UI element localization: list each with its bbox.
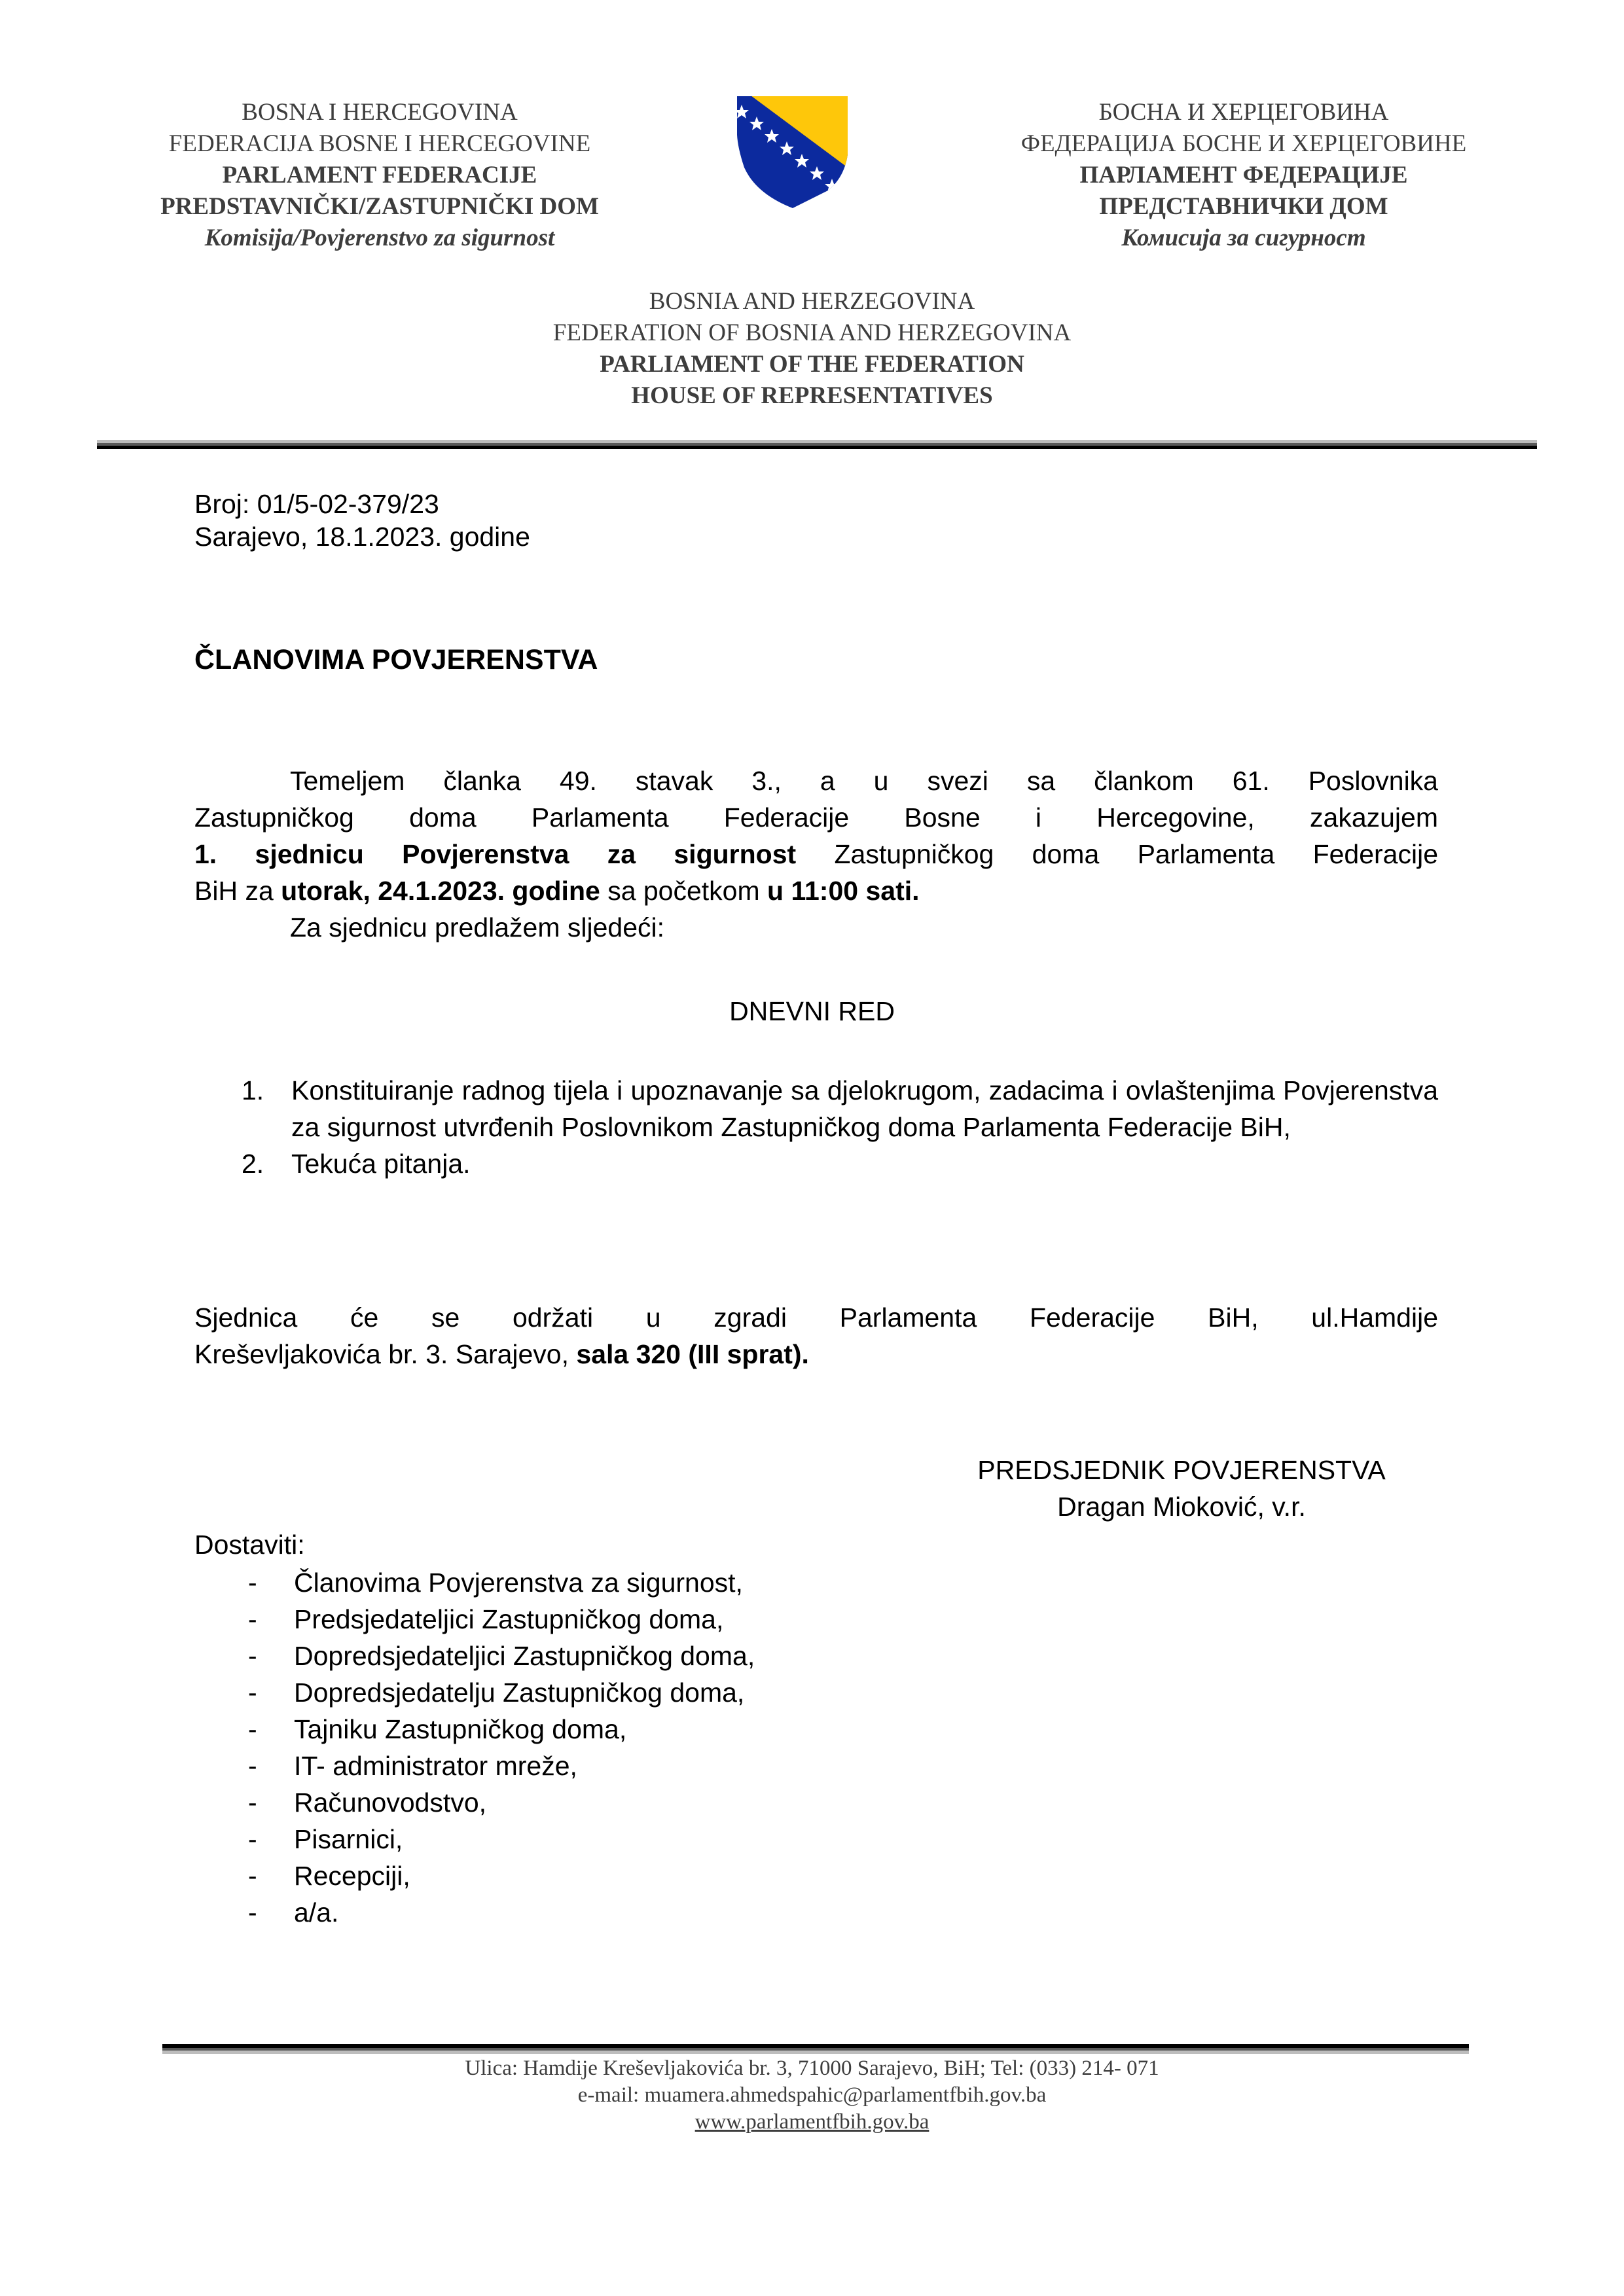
venue-room: sala 320 (III sprat). [576,1339,809,1369]
header-parliament: PARLAMENT FEDERACIJE [85,160,674,191]
venue-line-1: Sjednica će se održati u zgradi Parlamen… [194,1299,1438,1336]
dash-bullet-icon: - [248,1564,257,1601]
header-right-cyrillic: БОСНА И ХЕРЦЕГОВИНА ФЕДЕРАЦИЈА БОСНЕ И Х… [903,97,1584,254]
venue-paragraph: Sjednica će se održati u zgradi Parlamen… [194,1299,1438,1372]
dash-bullet-icon: - [248,1857,257,1894]
header-house-cyr: ПРЕДСТАВНИЧКИ ДОМ [903,191,1584,223]
distribution-item: -a/a. [194,1894,755,1931]
dash-bullet-icon: - [248,1821,257,1857]
session-date: utorak, 24.1.2023. godine [281,876,600,906]
footer-email[interactable]: e-mail: muamera.ahmedspahic@parlamentfbi… [0,2082,1624,2109]
dash-bullet-icon: - [248,1894,257,1931]
agenda-list: 1. Konstituiranje radnog tijela i upozna… [194,1072,1438,1182]
agenda-item: 2. Tekuća pitanja. [194,1145,1438,1182]
distribution-item: -Članovima Povjerenstva za sigurnost, [194,1564,755,1601]
distribution-item-text: a/a. [294,1897,338,1928]
distribution-item: -IT- administrator mreže, [194,1748,755,1784]
header-country-en: BOSNIA AND HERZEGOVINA [0,286,1624,317]
distribution-item: -Recepciji, [194,1857,755,1894]
header-house: PREDSTAVNIČKI/ZASTUPNIČKI DOM [85,191,674,223]
distribution-item: -Tajniku Zastupničkog doma, [194,1711,755,1748]
dash-bullet-icon: - [248,1674,257,1711]
header-house-en: HOUSE OF REPRESENTATIVES [0,380,1624,412]
distribution-list: -Članovima Povjerenstva za sigurnost,-Pr… [194,1564,755,1931]
body-line-2: Zastupničkog doma Parlamenta Federacije … [194,799,1438,836]
header-left-latin: BOSNA I HERCEGOVINA FEDERACIJA BOSNE I H… [85,97,674,254]
header-parliament-en: PARLIAMENT OF THE FEDERATION [0,349,1624,380]
agenda-item-number: 2. [242,1145,264,1182]
place-date: Sarajevo, 18.1.2023. godine [194,520,530,553]
dash-bullet-icon: - [248,1711,257,1748]
distribution-item: -Dopredsjedateljici Zastupničkog doma, [194,1638,755,1674]
footer: Ulica: Hamdije Kreševljakovića br. 3, 71… [0,2055,1624,2136]
proposal-line: Za sjednicu predlažem sljedeći: [194,909,1438,946]
agenda-item-number: 1. [242,1072,264,1109]
header-country-cyr: БОСНА И ХЕРЦЕГОВИНА [903,97,1584,128]
footer-website-link[interactable]: www.parlamentfbih.gov.ba [695,2110,929,2134]
distribution-item: -Pisarnici, [194,1821,755,1857]
signature-title: PREDSJEDNIK POVJERENSTVA [903,1452,1460,1488]
signature-block: PREDSJEDNIK POVJERENSTVA Dragan Mioković… [903,1452,1460,1525]
dash-bullet-icon: - [248,1784,257,1821]
agenda-item-text: Konstituiranje radnog tijela i upoznavan… [291,1072,1438,1145]
addressee: ČLANOVIMA POVJERENSTVA [194,643,598,676]
distribution-item: -Predsjedateljici Zastupničkog doma, [194,1601,755,1638]
body-line-4: BiH za utorak, 24.1.2023. godine sa poče… [194,872,1438,909]
header-center-english: BOSNIA AND HERZEGOVINA FEDERATION OF BOS… [0,286,1624,412]
distribution-item-text: Dopredsjedatelju Zastupničkog doma, [294,1677,744,1708]
header-commission: Komisija/Povjerenstvo za sigurnost [85,223,674,254]
reference-block: Broj: 01/5-02-379/23 Sarajevo, 18.1.2023… [194,488,530,553]
header-commission-cyr: Комисија за сигурност [903,223,1584,254]
distribution-item-text: Predsjedateljici Zastupničkog doma, [294,1604,723,1634]
distribution-item-text: Članovima Povjerenstva za sigurnost, [294,1568,743,1598]
agenda-title: DNEVNI RED [0,995,1624,1028]
distribution-item-text: Pisarnici, [294,1824,403,1854]
dash-bullet-icon: - [248,1748,257,1784]
distribution-label: Dostaviti: [194,1528,305,1561]
agenda-item-text: Tekuća pitanja. [291,1145,1438,1182]
distribution-item-text: IT- administrator mreže, [294,1751,577,1781]
distribution-item: -Računovodstvo, [194,1784,755,1821]
session-time: u 11:00 sati. [767,876,919,906]
distribution-item-text: Tajniku Zastupničkog doma, [294,1714,626,1744]
header-country: BOSNA I HERCEGOVINA [85,97,674,128]
dash-bullet-icon: - [248,1638,257,1674]
agenda-item: 1. Konstituiranje radnog tijela i upozna… [194,1072,1438,1145]
footer-divider [162,2044,1469,2054]
distribution-item-text: Dopredsjedateljici Zastupničkog doma, [294,1641,755,1671]
footer-address: Ulica: Hamdije Kreševljakovića br. 3, 71… [0,2055,1624,2082]
header-federation-en: FEDERATION OF BOSNIA AND HERZEGOVINA [0,317,1624,349]
venue-line-2: Kreševljakovića br. 3. Sarajevo, sala 32… [194,1336,1438,1372]
header-federation-cyr: ФЕДЕРАЦИЈА БОСНЕ И ХЕРЦЕГОВИНЕ [903,128,1584,160]
header-federation: FEDERACIJA BOSNE I HERCEGOVINE [85,128,674,160]
body-line-3: 1. sjednicu Povjerenstva za sigurnost Za… [194,836,1438,872]
session-name: 1. sjednicu Povjerenstva za sigurnost [194,839,796,869]
header-divider [97,440,1537,449]
reference-number: Broj: 01/5-02-379/23 [194,488,530,520]
dash-bullet-icon: - [248,1601,257,1638]
signature-name: Dragan Mioković, v.r. [903,1488,1460,1525]
header-parliament-cyr: ПАРЛАМЕНТ ФЕДЕРАЦИЈЕ [903,160,1584,191]
body-line-1: Temeljem članka 49. stavak 3., a u svezi… [194,762,1438,799]
distribution-item-text: Računovodstvo, [294,1787,486,1818]
distribution-item: -Dopredsjedatelju Zastupničkog doma, [194,1674,755,1711]
distribution-item-text: Recepciji, [294,1861,410,1891]
bih-coat-of-arms-icon [736,96,856,207]
body-paragraph: Temeljem članka 49. stavak 3., a u svezi… [194,762,1438,946]
